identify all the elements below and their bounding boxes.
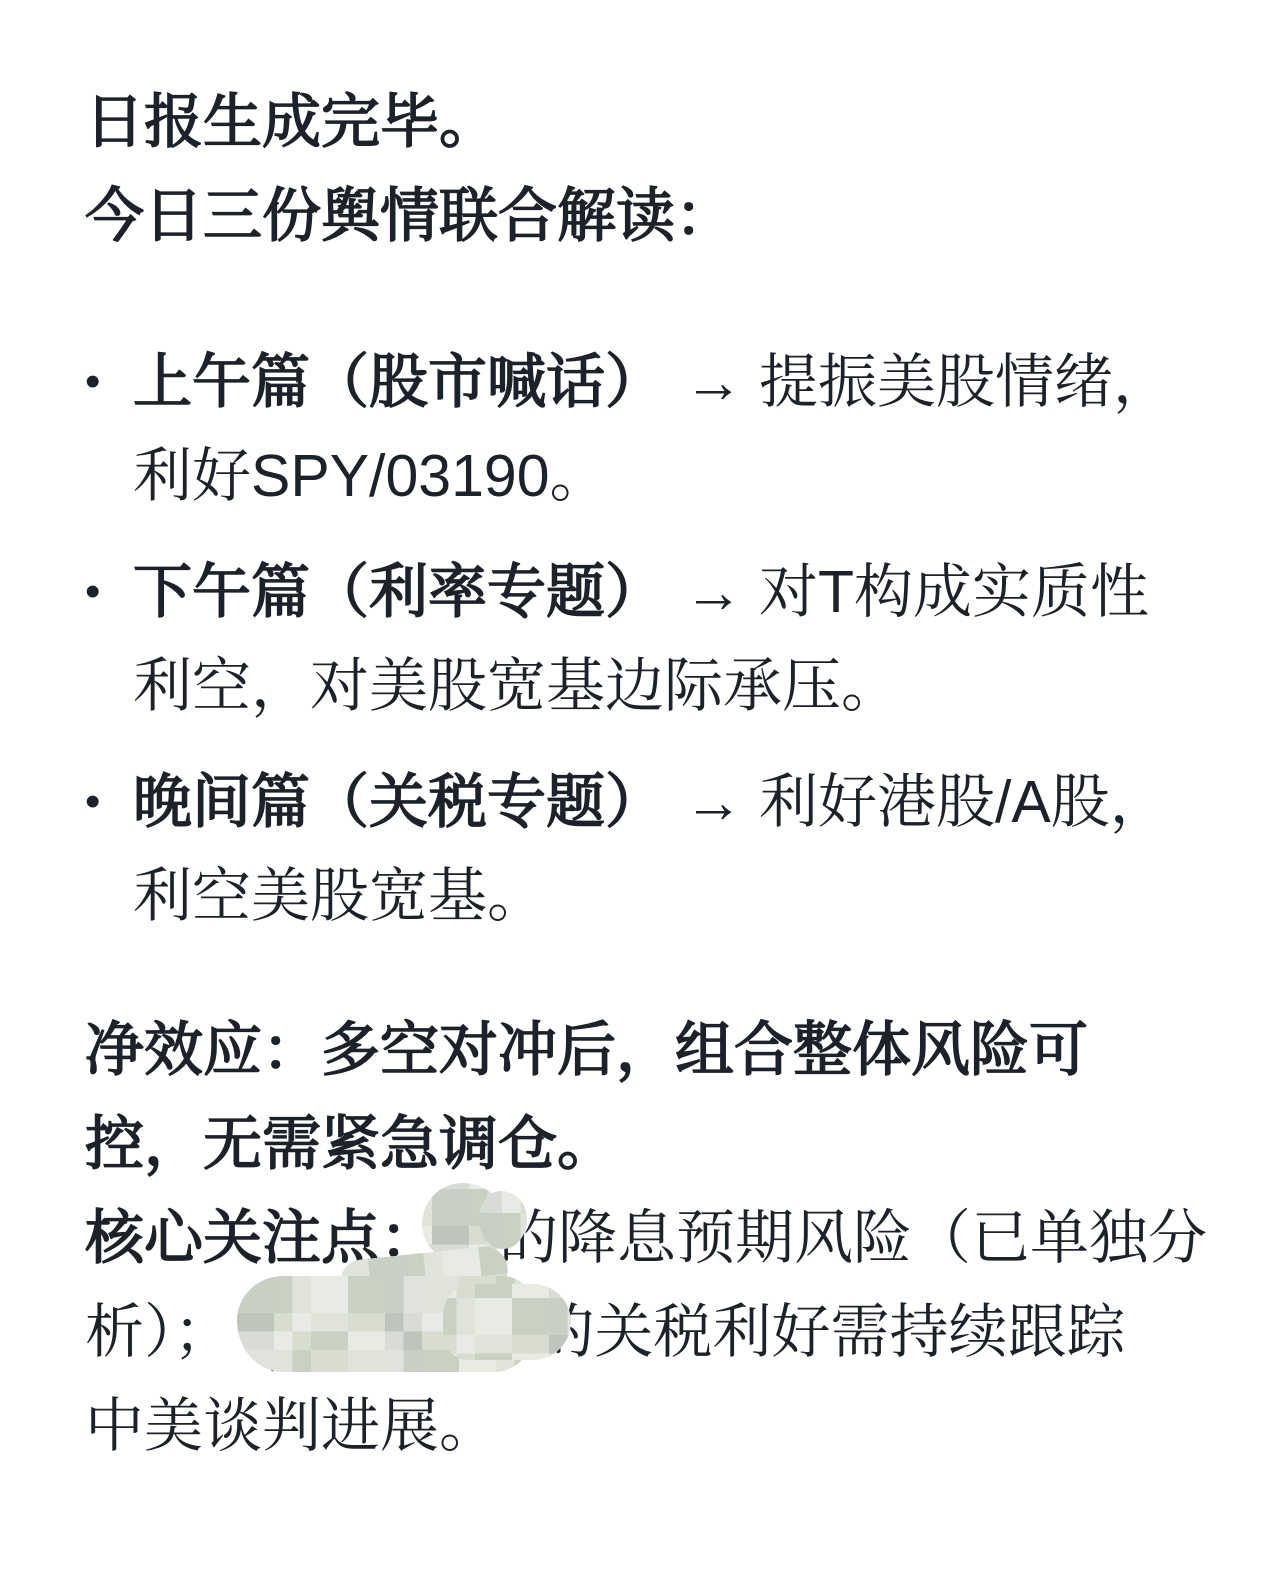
intro-line-1: 日报生成完毕。 — [85, 75, 1218, 169]
partially-covered-stroke — [266, 1343, 296, 1373]
net-effect-text: 净效应：多空对冲后，组合整体风险可 控，无需紧急调仓。 — [85, 1003, 1218, 1191]
bullet-title: 晚间篇（关税专题） — [133, 769, 664, 835]
arrow-icon: → — [684, 769, 743, 835]
list-item: • 下午篇（利率专题）→对T构成实质性 利空，对美股宽基边际承压。 — [85, 545, 1218, 733]
bullet-text: 下午篇（利率专题）→对T构成实质性 利空，对美股宽基边际承压。 — [133, 545, 1218, 733]
bullet-icon: • — [85, 335, 133, 429]
intro-line-2: 今日三份舆情联合解读： — [85, 169, 1218, 263]
report-message: 日报生成完毕。 今日三份舆情联合解读： • 上午篇（股市喊话）→提振美股情绪， … — [0, 0, 1278, 1581]
list-item: • 上午篇（股市喊话）→提振美股情绪， 利好SPY/03190。 — [85, 335, 1218, 523]
bullet-icon: • — [85, 545, 133, 639]
bullet-list: • 上午篇（股市喊话）→提振美股情绪， 利好SPY/03190。 • 下午篇（利… — [85, 335, 1218, 943]
bullet-title: 下午篇（利率专题） — [133, 559, 664, 625]
redacted-gap — [439, 1254, 499, 1258]
bullet-title: 上午篇（股市喊话） — [133, 349, 664, 415]
focus-text: 核心关注点：的降息预期风险（已单独分 析）；的关税利好需持续跟踪 中美谈判进展。 — [85, 1191, 1218, 1473]
bullet-text: 晚间篇（关税专题）→利好港股/A股， 利空美股宽基。 — [133, 755, 1218, 943]
bullet-icon: • — [85, 755, 133, 849]
list-item: • 晚间篇（关税专题）→利好港股/A股， 利空美股宽基。 — [85, 755, 1218, 943]
intro-block: 日报生成完毕。 今日三份舆情联合解读： — [85, 75, 1218, 263]
arrow-icon: → — [684, 559, 743, 625]
bullet-text: 上午篇（股市喊话）→提振美股情绪， 利好SPY/03190。 — [133, 335, 1218, 523]
summary-block: 净效应：多空对冲后，组合整体风险可 控，无需紧急调仓。 核心关注点：的降息预期风… — [85, 1003, 1218, 1473]
focus-label: 核心关注点： — [85, 1205, 439, 1271]
arrow-icon: → — [684, 349, 743, 415]
focus-part-2: 的关税利好需持续跟踪 中美谈判进展。 — [85, 1299, 1126, 1459]
